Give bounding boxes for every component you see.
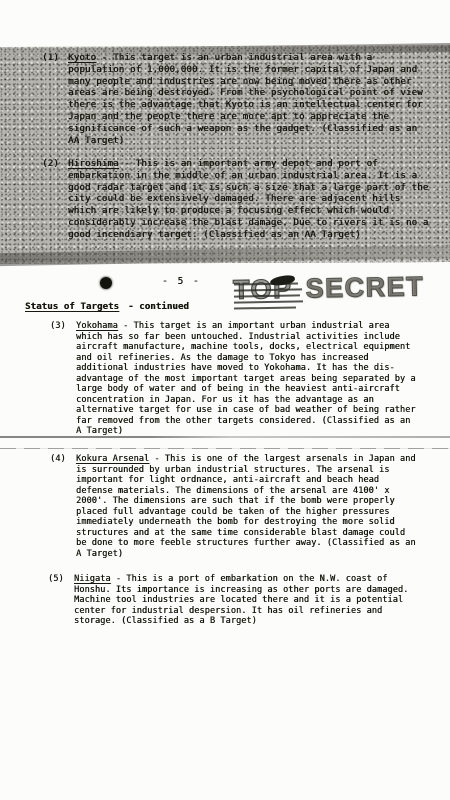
top-secret-stamp: TOPSECRET <box>233 271 434 305</box>
paragraph-text: Hiroshima - This is an important army de… <box>68 158 430 241</box>
target-number: (5) <box>48 574 74 627</box>
target-name: Yokohama <box>76 321 118 331</box>
hole-punch-dot <box>100 277 112 289</box>
section-heading: Status of Targets- continued <box>25 301 189 312</box>
target-name: Kokura Arsenal <box>76 454 149 464</box>
paragraph-yokohama: (3) Yokohama - This target is an importa… <box>50 321 417 437</box>
target-number: (4) <box>50 454 76 559</box>
target-name: Kyoto <box>68 52 96 63</box>
section-heading-suffix: - continued <box>128 301 189 312</box>
stamp-strike-line <box>234 306 296 309</box>
fold-line <box>0 436 450 438</box>
fold-line <box>0 448 450 449</box>
target-name: Niigata <box>74 574 111 584</box>
target-number: (1) <box>42 52 68 146</box>
target-number: (3) <box>50 321 76 437</box>
section-heading-title: Status of Targets <box>25 301 119 312</box>
paragraph-body: - This is one of the largest arsenals in… <box>76 454 416 559</box>
target-number: (2) <box>42 158 68 241</box>
document-page: { "doc": { "page_number": "- 5 -", "head… <box>0 0 450 800</box>
paragraph-kyoto: (1) Kyoto - This target is an urban indu… <box>42 52 430 146</box>
stamp-word-secret: SECRET <box>305 271 424 303</box>
paragraph-body: - This is a port of embarkation on the N… <box>74 574 408 626</box>
page-number: - 5 - <box>162 276 201 287</box>
paragraph-body: - This target is an urban industrial are… <box>68 52 423 146</box>
paragraph-body: - This is an important army depot and po… <box>68 158 428 240</box>
paragraph-text: Niigata - This is a port of embarkation … <box>74 574 417 627</box>
paragraph-niigata: (5) Niigata - This is a port of embarkat… <box>48 574 417 627</box>
paragraph-body: - This target is an important urban indu… <box>76 321 416 436</box>
paragraph-text: Kokura Arsenal - This is one of the larg… <box>76 454 417 559</box>
paragraph-text: Kyoto - This target is an urban industri… <box>68 52 430 146</box>
paragraph-kokura-arsenal: (4) Kokura Arsenal - This is one of the … <box>50 454 417 559</box>
paragraph-text: Yokohama - This target is an important u… <box>76 321 417 437</box>
paragraph-hiroshima: (2) Hiroshima - This is an important arm… <box>42 158 430 241</box>
target-name: Hiroshima <box>68 158 119 169</box>
